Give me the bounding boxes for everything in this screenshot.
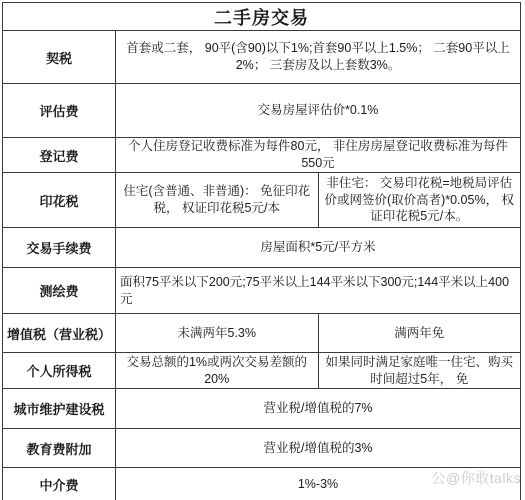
row-label: 测绘费 <box>3 268 116 313</box>
row-cell: 交易总额的1%或两次交易差额的20% <box>116 353 318 388</box>
row-cell: 营业税/增值税的7% <box>116 389 520 428</box>
row-label: 城市维护建设税 <box>3 389 116 428</box>
row-label: 交易手续费 <box>3 228 116 267</box>
row-education-surcharge: 教育费附加 营业税/增值税的3% <box>3 428 520 467</box>
row-label: 教育费附加 <box>3 429 116 467</box>
page: 二手房交易 契税 首套或二套， 90平(含90)以下1%;首套90平以上1.5%… <box>0 0 525 500</box>
row-surveying-fee: 测绘费 面积75平米以下200元;75平米以上144平米以下300元;144平米… <box>3 267 520 313</box>
row-cell: 房屋面积*5元/平方米 <box>116 228 520 267</box>
row-cell: 面积75平米以下200元;75平米以上144平米以下300元;144平米以上40… <box>116 268 520 313</box>
page-title: 二手房交易 <box>3 3 520 30</box>
row-label: 中介费 <box>3 468 116 500</box>
row-cell: 营业税/增值税的3% <box>116 429 520 467</box>
row-cell: 未满两年5.3% <box>116 314 318 352</box>
row-label: 个人所得税 <box>3 353 116 388</box>
row-label: 印花税 <box>3 173 116 227</box>
row-registration-fee: 登记费 个人住房登记收费标准为每件80元， 非住房房屋登记收费标准为每件550元 <box>3 137 520 172</box>
row-label: 评估费 <box>3 84 116 137</box>
row-stamp-tax: 印花税 住宅(含普通、非普通)： 免征印花税， 权证印花税5元/本 非住宅： 交… <box>3 172 520 227</box>
row-cell: 首套或二套， 90平(含90)以下1%;首套90平以上1.5%； 二套90平以上… <box>116 31 520 83</box>
row-agency-fee: 中介费 1%-3% <box>3 467 520 500</box>
row-cell: 非住宅： 交易印花税=地税局评估价或网签价(取价高者)*0.05%， 权证印花税… <box>318 173 521 227</box>
row-cell: 住宅(含普通、非普通)： 免征印花税， 权证印花税5元/本 <box>116 173 318 227</box>
row-label: 契税 <box>3 31 116 83</box>
row-cell: 个人住房登记收费标准为每件80元， 非住房房屋登记收费标准为每件550元 <box>116 138 520 172</box>
row-city-maintenance-tax: 城市维护建设税 营业税/增值税的7% <box>3 388 520 428</box>
row-personal-income-tax: 个人所得税 交易总额的1%或两次交易差额的20% 如果同时满足家庭唯一住宅、购买… <box>3 352 520 388</box>
row-label: 登记费 <box>3 138 116 172</box>
row-transaction-fee: 交易手续费 房屋面积*5元/平方米 <box>3 227 520 267</box>
row-vat-business-tax: 增值税（营业税） 未满两年5.3% 满两年免 <box>3 313 520 352</box>
row-cell: 满两年免 <box>318 314 521 352</box>
row-cell: 交易房屋评估价*0.1% <box>116 84 520 137</box>
row-cell: 如果同时满足家庭唯一住宅、购买时间超过5年， 免 <box>318 353 521 388</box>
row-label: 增值税（营业税） <box>3 314 116 352</box>
row-appraisal-fee: 评估费 交易房屋评估价*0.1% <box>3 83 520 137</box>
fee-table: 二手房交易 契税 首套或二套， 90平(含90)以下1%;首套90平以上1.5%… <box>2 2 521 500</box>
row-cell: 1%-3% <box>116 468 520 500</box>
row-deed-tax: 契税 首套或二套， 90平(含90)以下1%;首套90平以上1.5%； 二套90… <box>3 30 520 83</box>
